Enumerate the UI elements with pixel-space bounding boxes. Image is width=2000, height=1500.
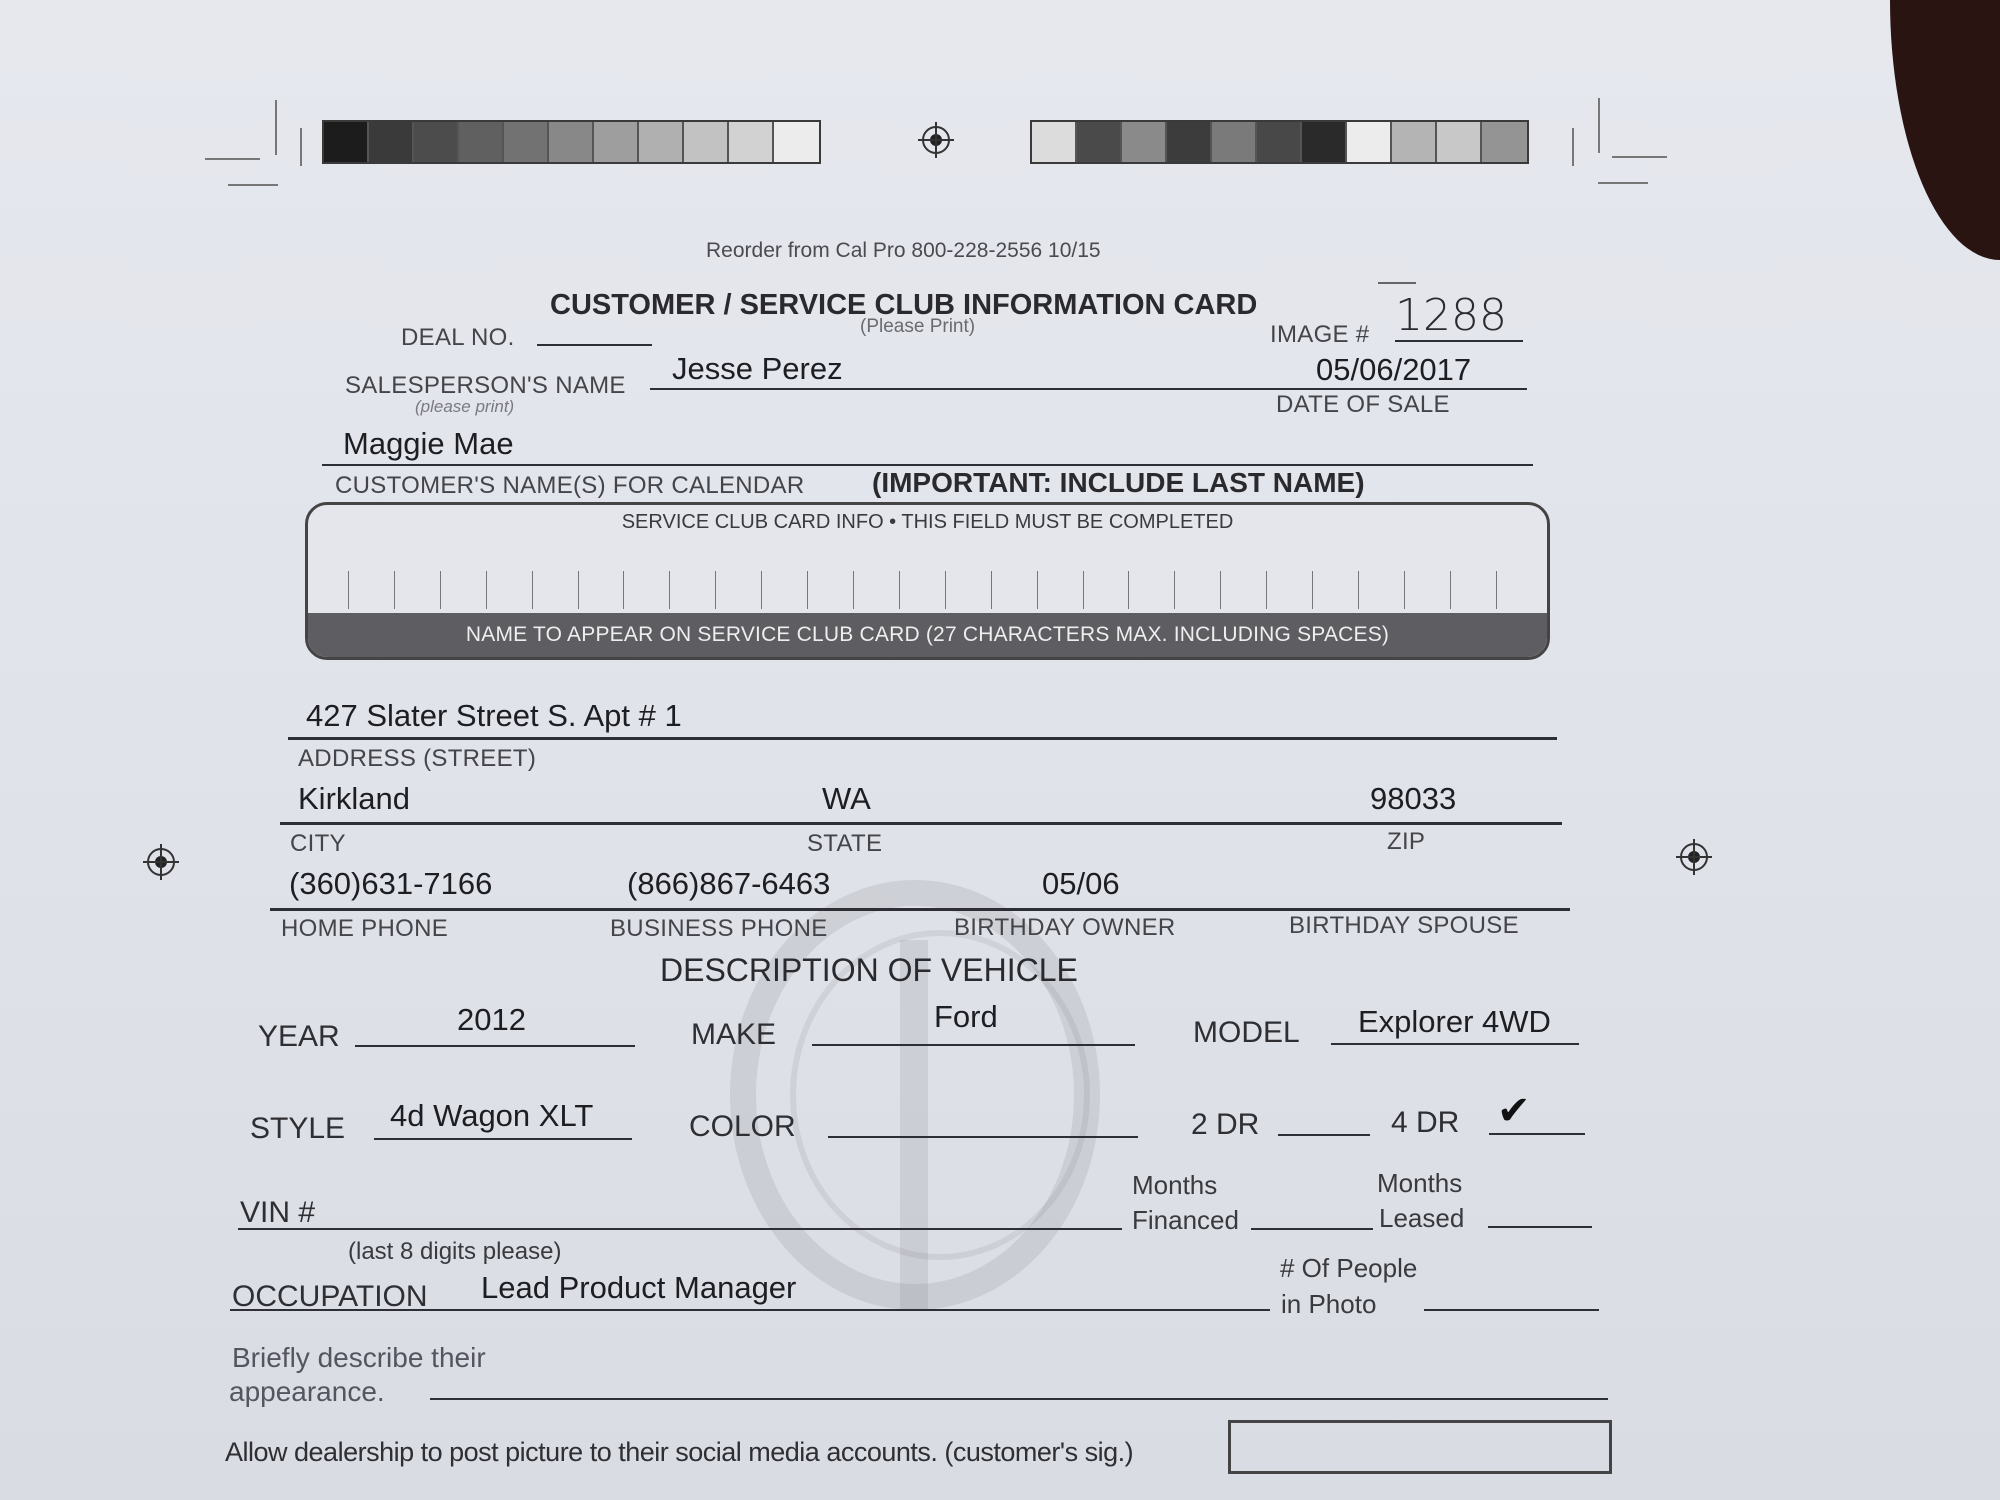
appearance-label-2: appearance. xyxy=(229,1376,385,1408)
crop-mark xyxy=(1572,128,1574,166)
character-slot-divider xyxy=(1083,571,1084,609)
character-slot-divider xyxy=(761,571,762,609)
appearance-label-1: Briefly describe their xyxy=(232,1342,486,1374)
image-no-field-line xyxy=(1395,340,1523,342)
registration-target-icon xyxy=(147,848,175,876)
crop-mark xyxy=(1612,156,1667,158)
contact-field-line xyxy=(270,908,1570,911)
service-club-card-field[interactable]: SERVICE CLUB CARD INFO • THIS FIELD MUST… xyxy=(305,502,1550,660)
model-value[interactable]: Explorer 4WD xyxy=(1358,1004,1551,1040)
calibration-swatch xyxy=(1032,122,1077,162)
customer-name-field-line xyxy=(322,464,1533,466)
calibration-swatch xyxy=(414,122,459,162)
grayscale-calibration-strip-right xyxy=(1030,120,1529,164)
check-mark-icon: ✔ xyxy=(1497,1088,1531,1134)
character-slot-divider xyxy=(1037,571,1038,609)
image-no-value[interactable]: 1288 xyxy=(1395,290,1507,341)
registration-target-icon xyxy=(922,126,950,154)
calibration-swatch xyxy=(324,122,369,162)
crop-mark xyxy=(228,184,278,186)
crop-mark xyxy=(1598,182,1648,184)
calibration-swatch xyxy=(1302,122,1347,162)
months-financed-field[interactable] xyxy=(1251,1228,1373,1230)
calibration-swatch xyxy=(1077,122,1122,162)
calibration-swatch xyxy=(459,122,504,162)
calibration-swatch xyxy=(1482,122,1527,162)
service-card-header: SERVICE CLUB CARD INFO • THIS FIELD MUST… xyxy=(308,511,1547,534)
calibration-swatch xyxy=(1167,122,1212,162)
appearance-field[interactable] xyxy=(430,1398,1608,1400)
character-slot-divider xyxy=(1358,571,1359,609)
character-slot-divider xyxy=(1312,571,1313,609)
character-slot-divider xyxy=(1266,571,1267,609)
character-slots xyxy=(348,571,1497,609)
character-slot-divider xyxy=(486,571,487,609)
calibration-swatch xyxy=(1212,122,1257,162)
reorder-info: Reorder from Cal Pro 800-228-2556 10/15 xyxy=(706,239,1101,263)
birthday-owner-label: BIRTHDAY OWNER xyxy=(954,914,1176,942)
color-field[interactable] xyxy=(828,1136,1138,1138)
character-slot-divider xyxy=(1174,571,1175,609)
service-card-footer: NAME TO APPEAR ON SERVICE CLUB CARD (27 … xyxy=(308,613,1547,657)
months-leased-label-1: Months xyxy=(1377,1168,1462,1199)
zip-value[interactable]: 98033 xyxy=(1370,781,1456,817)
calibration-swatch xyxy=(1392,122,1437,162)
vin-hint: (last 8 digits please) xyxy=(348,1238,561,1266)
home-phone-value[interactable]: (360)631-7166 xyxy=(289,866,492,902)
character-slot-divider xyxy=(578,571,579,609)
character-slot-divider xyxy=(1404,571,1405,609)
city-state-zip-line xyxy=(280,822,1562,825)
character-slot-divider xyxy=(1496,571,1497,609)
salesperson-field-line xyxy=(650,388,1527,390)
vehicle-section-title: DESCRIPTION OF VEHICLE xyxy=(660,952,1078,989)
zip-label: ZIP xyxy=(1387,828,1425,856)
calibration-swatch xyxy=(729,122,774,162)
city-value[interactable]: Kirkland xyxy=(298,781,410,817)
salesperson-label: SALESPERSON'S NAME xyxy=(345,372,626,400)
style-label: STYLE xyxy=(250,1112,345,1146)
street-label: ADDRESS (STREET) xyxy=(298,745,536,773)
state-value[interactable]: WA xyxy=(822,781,871,817)
character-slot-divider xyxy=(623,571,624,609)
character-slot-divider xyxy=(991,571,992,609)
character-slot-divider xyxy=(669,571,670,609)
calibration-swatch xyxy=(369,122,414,162)
character-slot-divider xyxy=(348,571,349,609)
vin-field[interactable] xyxy=(238,1228,1122,1230)
make-label: MAKE xyxy=(691,1018,776,1052)
make-value[interactable]: Ford xyxy=(934,999,998,1035)
style-value[interactable]: 4d Wagon XLT xyxy=(390,1098,593,1134)
model-field-line xyxy=(1331,1043,1579,1045)
image-no-dash xyxy=(1378,282,1416,284)
calibration-swatch xyxy=(594,122,639,162)
year-value[interactable]: 2012 xyxy=(457,1002,526,1038)
salesperson-value[interactable]: Jesse Perez xyxy=(672,351,843,387)
deal-no-label: DEAL NO. xyxy=(401,324,515,352)
months-financed-label-2: Financed xyxy=(1132,1205,1239,1236)
calibration-swatch xyxy=(774,122,819,162)
vin-label: VIN # xyxy=(240,1196,315,1230)
date-of-sale-value[interactable]: 05/06/2017 xyxy=(1316,352,1471,388)
customer-name-value[interactable]: Maggie Mae xyxy=(343,426,514,462)
calibration-swatch xyxy=(639,122,684,162)
character-slot-divider xyxy=(853,571,854,609)
form-subtitle: (Please Print) xyxy=(860,316,975,338)
people-in-photo-label-1: # Of People xyxy=(1280,1253,1417,1284)
customer-name-note: (IMPORTANT: INCLUDE LAST NAME) xyxy=(872,467,1365,499)
salesperson-hint: (please print) xyxy=(415,397,514,417)
year-field-line xyxy=(355,1045,635,1047)
crop-mark xyxy=(1598,98,1600,153)
character-slot-divider xyxy=(807,571,808,609)
model-label: MODEL xyxy=(1193,1016,1300,1050)
four-door-label: 4 DR xyxy=(1391,1106,1459,1140)
character-slot-divider xyxy=(1128,571,1129,609)
character-slot-divider xyxy=(899,571,900,609)
calibration-swatch xyxy=(684,122,729,162)
calibration-swatch xyxy=(1122,122,1167,162)
calibration-swatch xyxy=(549,122,594,162)
deal-no-field[interactable] xyxy=(537,344,652,346)
calibration-swatch xyxy=(1347,122,1392,162)
street-value[interactable]: 427 Slater Street S. Apt # 1 xyxy=(306,698,682,734)
birthday-spouse-label: BIRTHDAY SPOUSE xyxy=(1289,912,1519,940)
business-phone-label: BUSINESS PHONE xyxy=(610,915,828,943)
months-leased-label-2: Leased xyxy=(1379,1203,1464,1234)
registration-target-icon xyxy=(1680,843,1708,871)
calibration-swatch xyxy=(1437,122,1482,162)
occupation-field-line xyxy=(230,1309,1270,1311)
months-financed-label-1: Months xyxy=(1132,1170,1217,1201)
character-slot-divider xyxy=(1220,571,1221,609)
customer-name-label: CUSTOMER'S NAME(S) FOR CALENDAR xyxy=(335,472,804,500)
crop-mark xyxy=(205,158,260,160)
character-slot-divider xyxy=(715,571,716,609)
calibration-swatch xyxy=(504,122,549,162)
style-field-line xyxy=(374,1138,632,1140)
customer-signature-box[interactable] xyxy=(1228,1420,1612,1474)
character-slot-divider xyxy=(394,571,395,609)
state-label: STATE xyxy=(807,830,882,858)
character-slot-divider xyxy=(1450,571,1451,609)
months-leased-field[interactable] xyxy=(1488,1226,1592,1228)
street-field-line xyxy=(288,737,1557,740)
make-field-line xyxy=(812,1044,1135,1046)
occupation-value[interactable]: Lead Product Manager xyxy=(481,1270,796,1306)
two-door-checkbox[interactable] xyxy=(1278,1134,1370,1136)
home-phone-label: HOME PHONE xyxy=(281,915,448,943)
business-phone-value[interactable]: (866)867-6463 xyxy=(627,866,830,902)
year-label: YEAR xyxy=(258,1020,340,1054)
crop-mark xyxy=(275,100,277,155)
character-slot-divider xyxy=(532,571,533,609)
birthday-owner-value[interactable]: 05/06 xyxy=(1042,866,1120,902)
date-of-sale-label: DATE OF SALE xyxy=(1276,391,1450,419)
character-slot-divider xyxy=(440,571,441,609)
city-label: CITY xyxy=(290,830,346,858)
crop-mark xyxy=(300,128,302,166)
two-door-label: 2 DR xyxy=(1191,1108,1259,1142)
people-in-photo-field[interactable] xyxy=(1424,1309,1599,1311)
people-in-photo-label-2: in Photo xyxy=(1281,1289,1376,1320)
calibration-swatch xyxy=(1257,122,1302,162)
character-slot-divider xyxy=(945,571,946,609)
color-label: COLOR xyxy=(689,1110,796,1144)
grayscale-calibration-strip-left xyxy=(322,120,821,164)
image-no-label: IMAGE # xyxy=(1270,321,1369,349)
social-consent-label: Allow dealership to post picture to thei… xyxy=(225,1437,1133,1468)
cal-pro-watermark-stem xyxy=(900,940,928,1310)
